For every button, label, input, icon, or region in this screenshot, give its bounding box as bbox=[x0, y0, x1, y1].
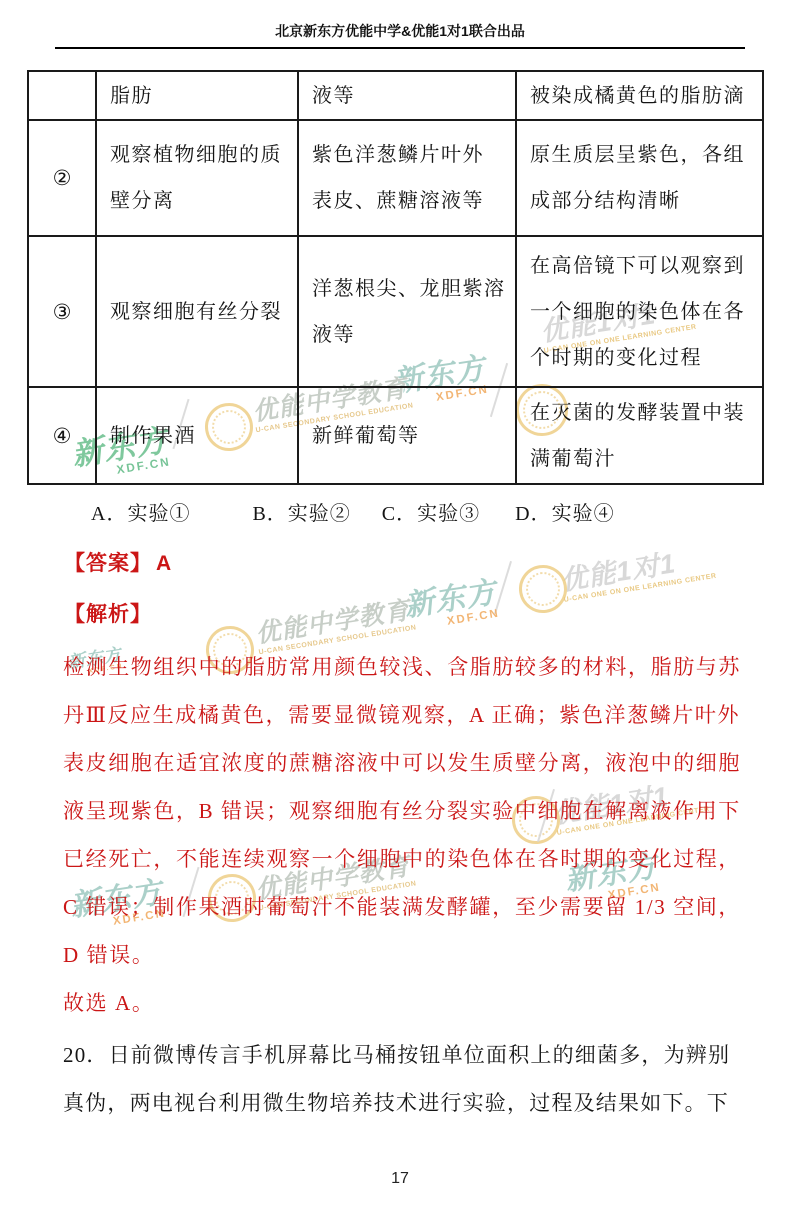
answer-options-row: A．实验①B．实验②C．实验③D．实验④ bbox=[91, 500, 800, 528]
experiment-cell: 制作果酒 bbox=[96, 387, 298, 484]
exam-answer-page: 优能1对1U-CAN ONE ON ONE LEARNING CENTER新东方… bbox=[0, 0, 800, 1228]
analysis-line: C 错误；制作果酒时葡萄汁不能装满发酵罐，至少需要留 1/3 空间， bbox=[63, 883, 753, 931]
analysis-line: 表皮细胞在适宜浓度的蔗糖溶液中可以发生质壁分离，液泡中的细胞 bbox=[63, 739, 753, 787]
materials-cell: 液等 bbox=[298, 71, 516, 120]
experiment-cell: 脂肪 bbox=[96, 71, 298, 120]
experiment-cell: 观察细胞有丝分裂 bbox=[96, 236, 298, 387]
table-row: 脂肪液等被染成橘黄色的脂肪滴 bbox=[28, 71, 763, 120]
analysis-line: 检测生物组织中的脂肪常用颜色较浅、含脂肪较多的材料，脂肪与苏 bbox=[63, 643, 753, 691]
answer-line: 【答案】A bbox=[64, 548, 800, 579]
header-divider-line bbox=[55, 47, 745, 49]
analysis-text-block: 检测生物组织中的脂肪常用颜色较浅、含脂肪较多的材料，脂肪与苏丹Ⅲ反应生成橘黄色，… bbox=[63, 643, 753, 1027]
result-cell: 原生质层呈紫色，各组 成部分结构清晰 bbox=[516, 120, 763, 236]
analysis-line: 故选 A。 bbox=[63, 979, 753, 1027]
analysis-tag-label: 【解析】 bbox=[64, 602, 152, 626]
table-row: ④制作果酒新鲜葡萄等在灭菌的发酵装置中装 满葡萄汁 bbox=[28, 387, 763, 484]
page-number: 17 bbox=[0, 1170, 800, 1188]
experiment-cell: 观察植物细胞的质 壁分离 bbox=[96, 120, 298, 236]
page-header-title: 北京新东方优能中学&优能1对1联合出品 bbox=[0, 0, 800, 41]
option-a: A．实验① bbox=[91, 500, 190, 528]
table-row: ②观察植物细胞的质 壁分离紫色洋葱鳞片叶外 表皮、蔗糖溶液等原生质层呈紫色，各组… bbox=[28, 120, 763, 236]
result-cell: 在灭菌的发酵装置中装 满葡萄汁 bbox=[516, 387, 763, 484]
result-cell: 被染成橘黄色的脂肪滴 bbox=[516, 71, 763, 120]
next-question-block: 20．日前微博传言手机屏幕比马桶按钮单位面积上的细菌多，为辨别真伪，两电视台利用… bbox=[63, 1031, 759, 1127]
row-number-cell: ④ bbox=[28, 387, 96, 484]
result-cell: 在高倍镜下可以观察到 一个细胞的染色体在各 个时期的变化过程 bbox=[516, 236, 763, 387]
analysis-section: 【解析】 bbox=[64, 599, 800, 629]
question-line: 真伪，两电视台利用微生物培养技术进行实验，过程及结果如下。下 bbox=[63, 1079, 759, 1127]
materials-cell: 新鲜葡萄等 bbox=[298, 387, 516, 484]
option-d: D．实验④ bbox=[515, 500, 614, 528]
analysis-line: 丹Ⅲ反应生成橘黄色，需要显微镜观察，A 正确；紫色洋葱鳞片叶外 bbox=[63, 691, 753, 739]
analysis-line: 液呈现紫色，B 错误；观察细胞有丝分裂实验中细胞在解离液作用下 bbox=[63, 787, 753, 835]
materials-cell: 紫色洋葱鳞片叶外 表皮、蔗糖溶液等 bbox=[298, 120, 516, 236]
experiment-comparison-table: 脂肪液等被染成橘黄色的脂肪滴②观察植物细胞的质 壁分离紫色洋葱鳞片叶外 表皮、蔗… bbox=[27, 70, 764, 485]
answer-tag-label: 【答案】 bbox=[64, 551, 152, 575]
option-c: C．实验③ bbox=[382, 500, 480, 528]
analysis-line: 已经死亡，不能连续观察一个细胞中的染色体在各时期的变化过程， bbox=[63, 835, 753, 883]
row-number-cell: ③ bbox=[28, 236, 96, 387]
answer-value: A bbox=[156, 552, 171, 575]
option-b: B．实验② bbox=[252, 500, 350, 528]
materials-cell: 洋葱根尖、龙胆紫溶 液等 bbox=[298, 236, 516, 387]
question-line: 20．日前微博传言手机屏幕比马桶按钮单位面积上的细菌多，为辨别 bbox=[63, 1031, 759, 1079]
table-row: ③观察细胞有丝分裂洋葱根尖、龙胆紫溶 液等在高倍镜下可以观察到 一个细胞的染色体… bbox=[28, 236, 763, 387]
row-number-cell: ② bbox=[28, 120, 96, 236]
row-number-cell bbox=[28, 71, 96, 120]
analysis-line: D 错误。 bbox=[63, 931, 753, 979]
